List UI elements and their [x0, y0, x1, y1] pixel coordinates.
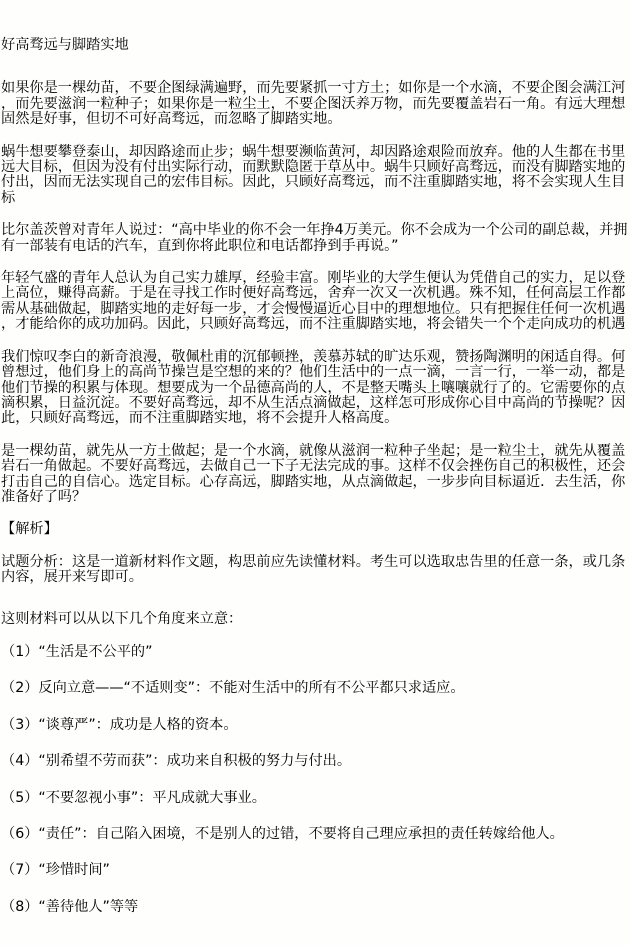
analysis-header: 【解析】 — [1, 522, 630, 537]
angle-item-3: （3）“谈尊严”：成功是人格的资本。 — [1, 718, 630, 733]
analysis-angles-lead: 这则材料可以从以下几个角度来立意： — [1, 612, 630, 627]
angle-item-8: （8）“善待他人”等等 — [1, 900, 630, 915]
essay-paragraph-1: 如果你是一棵幼苗，不要企图绿满遍野，而先要紧抓一寸方土；如你是一个水滴，不要企图… — [1, 81, 630, 127]
essay-paragraph-4: 年轻气盛的青年人总认为自己实力雄厚，经验丰富。刚毕业的大学生便认为凭借自己的实力… — [1, 271, 630, 333]
essay-title: 好高骛远与脚踏实地 — [1, 38, 630, 53]
angle-item-2: （2）反向立意——“不适则变”：不能对生活中的所有不公平都只求适应。 — [1, 681, 630, 696]
angle-item-4: （4）“别希望不劳而获”：成功来自积极的努力与付出。 — [1, 754, 630, 769]
essay-paragraph-2: 蜗牛想要攀登泰山，却因路途而止步；蜗牛想要濒临黄河，却因路途艰险而放弃。他的人生… — [1, 145, 630, 207]
essay-paragraph-6: 是一棵幼苗，就先从一方土做起；是一个水滴，就像从滋润一粒种子坐起；是一粒尘土，就… — [1, 444, 630, 506]
angle-item-7: （7）“珍惜时间” — [1, 863, 630, 878]
analysis-intro: 试题分析：这是一道新材料作文题，构思前应先读懂材料。考生可以选取忠告里的任意一条… — [1, 555, 630, 586]
angle-item-6: （6）“责任”：自己陷入困境，不是别人的过错，不要将自己理应承担的责任转嫁给他人… — [1, 827, 630, 842]
essay-paragraph-5: 我们惊叹李白的新奇浪漫，敬佩杜甫的沉郁顿挫，羡慕苏轼的旷达乐观，赞扬陶渊明的闲适… — [1, 350, 630, 427]
document-page: 好高骛远与脚踏实地 如果你是一棵幼苗，不要企图绿满遍野，而先要紧抓一寸方土；如你… — [0, 0, 630, 946]
angle-item-5: （5）“不要忽视小事”：平凡成就大事业。 — [1, 791, 630, 806]
essay-paragraph-3: 比尔盖茨曾对青年人说过：“高中毕业的你不会一年挣4万美元。你不会成为一个公司的副… — [1, 223, 630, 254]
angle-item-1: （1）“生活是不公平的” — [1, 645, 630, 660]
